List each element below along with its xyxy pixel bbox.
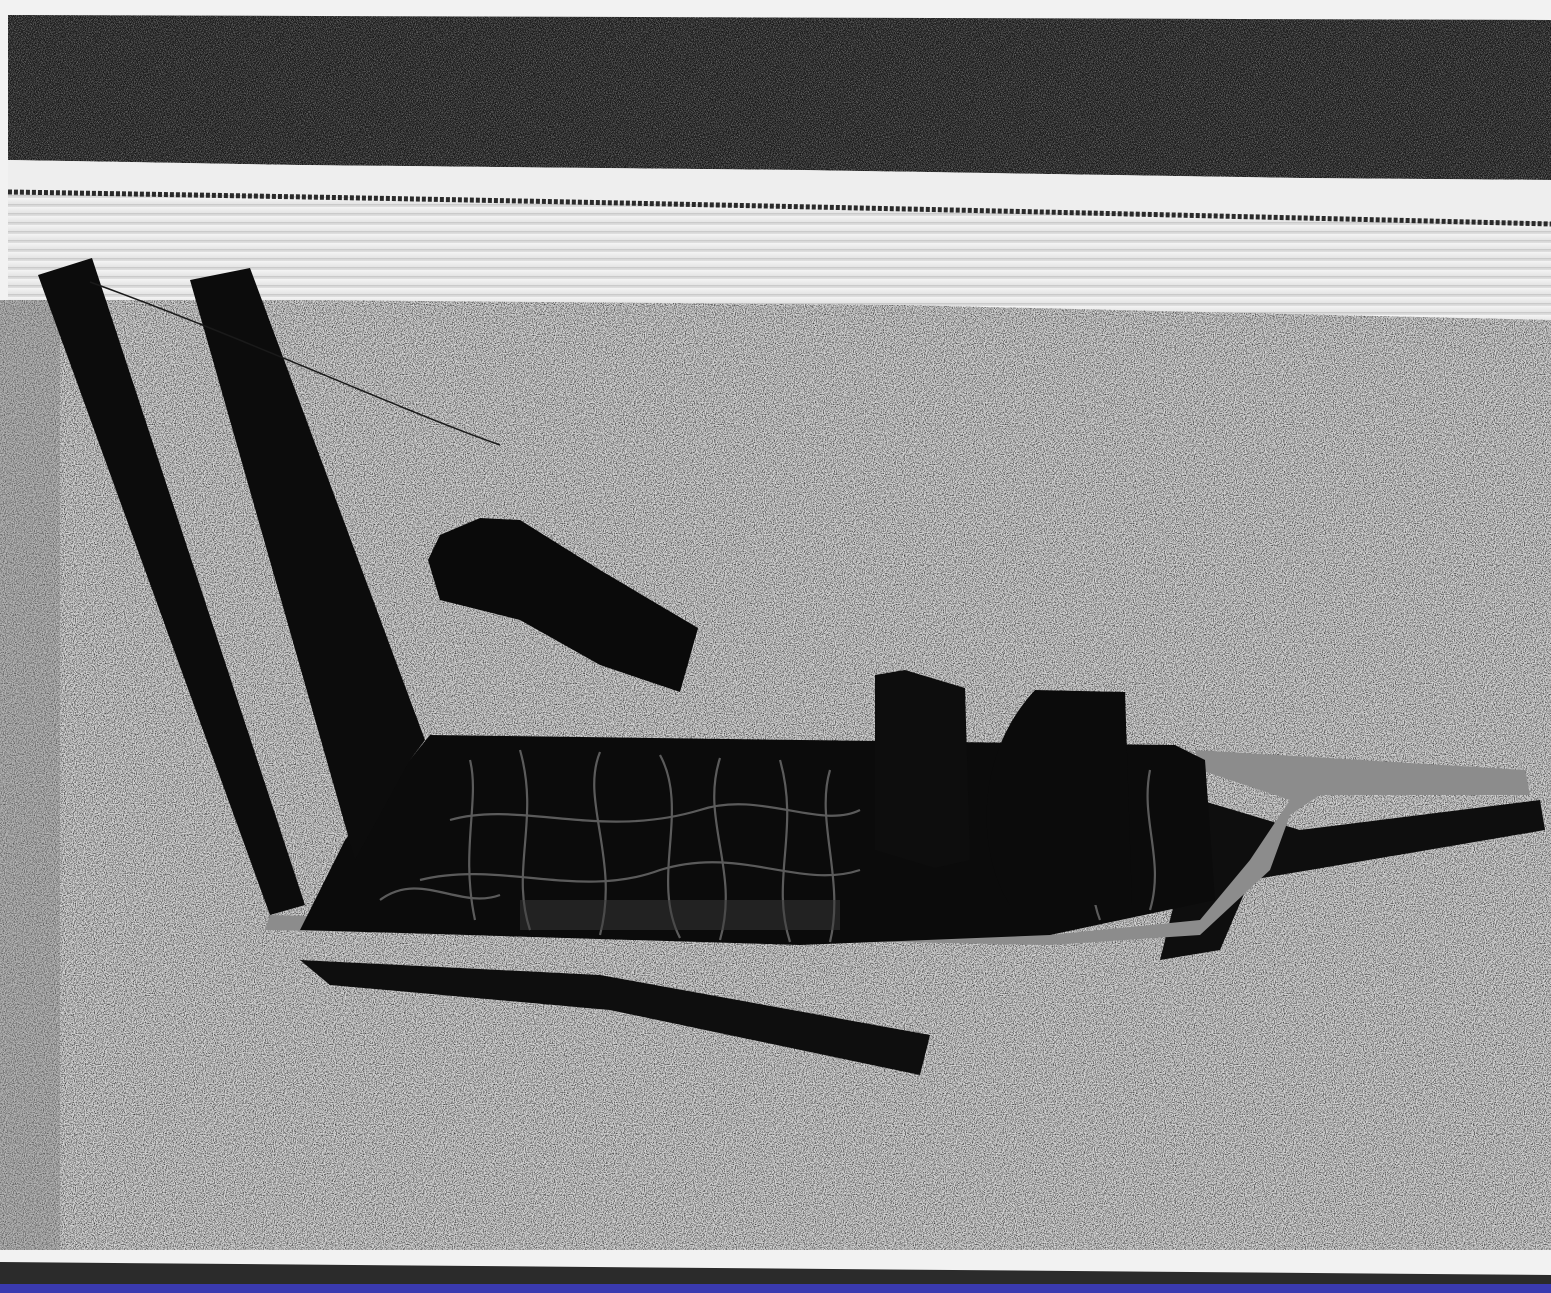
- sky-reflection: [520, 900, 840, 930]
- background-hedge: [8, 15, 1551, 180]
- upright-block: [875, 670, 970, 868]
- sculpture-photograph: [0, 0, 1551, 1293]
- photo-canvas: [0, 0, 1551, 1293]
